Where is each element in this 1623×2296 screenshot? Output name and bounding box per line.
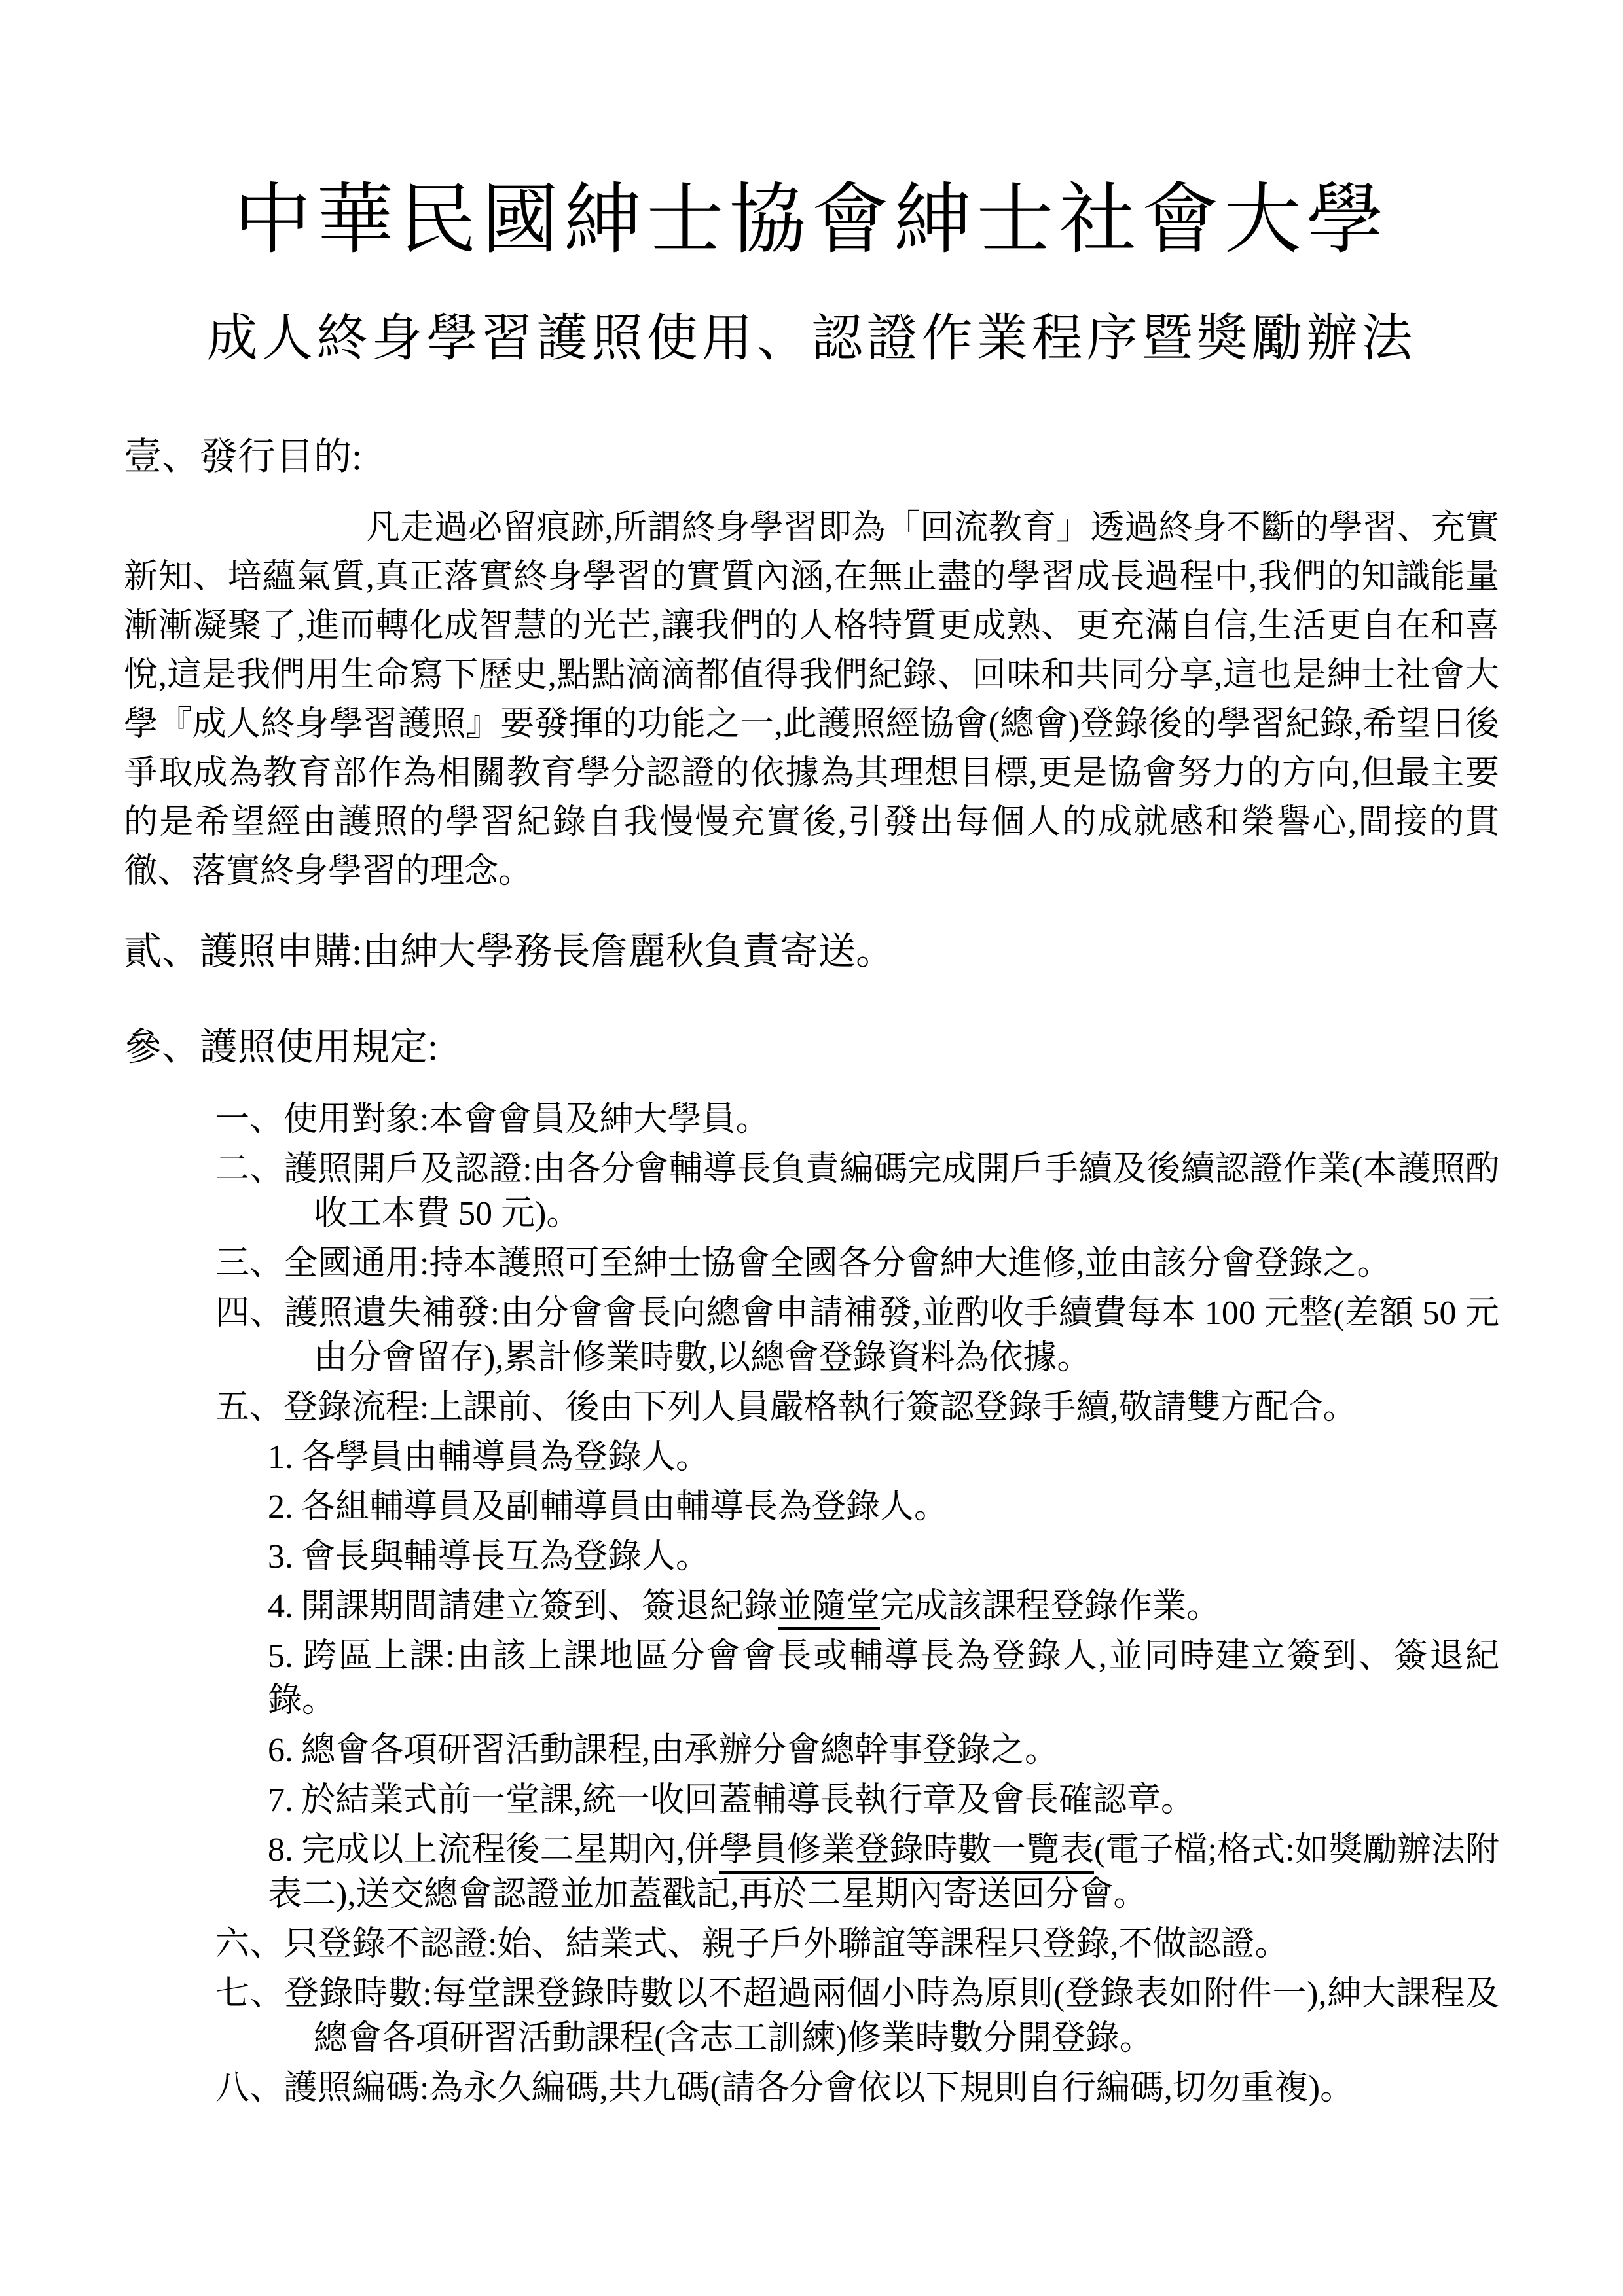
step-text: 開課期間請建立簽到、簽退紀錄 bbox=[301, 1588, 778, 1625]
underlined-text: 並隨堂 bbox=[778, 1588, 880, 1630]
step-text: 完成以上流程後二星期內,併 bbox=[301, 1831, 719, 1869]
step-item-3: 3.會長與輔導長互為登錄人。 bbox=[268, 1535, 1499, 1579]
rule-item-6: 六、只登錄不認證:始、結業式、親子戶外聯誼等課程只登錄,不做認證。 bbox=[215, 1922, 1499, 1967]
rule-item-7: 七、登錄時數:每堂課登錄時數以不超過兩個小時為原則(登錄表如附件一),紳大課程及… bbox=[215, 1972, 1499, 2061]
rule-text: 只登錄不認證:始、結業式、親子戶外聯誼等課程只登錄,不做認證。 bbox=[283, 1926, 1288, 1963]
rule-item-5: 五、登錄流程:上課前、後由下列人員嚴格執行簽認登錄手續,敬請雙方配合。 bbox=[215, 1386, 1499, 1430]
step-text: 會長與輔導長互為登錄人。 bbox=[301, 1538, 710, 1575]
registration-steps-list: 1.各學員由輔導員為登錄人。 2.各組輔導員及副輔導員由輔導長為登錄人。 3.會… bbox=[268, 1435, 1499, 1917]
rule-item-4: 四、護照遺失補發:由分會會長向總會申請補發,並酌收手續費每本 100 元整(差額… bbox=[215, 1291, 1499, 1380]
rule-text: 全國通用:持本護照可至紳士協會全國各分會紳大進修,並由該分會登錄之。 bbox=[283, 1245, 1391, 1282]
step-text: 於結業式前一堂課,統一收回蓋輔導長執行章及會長確認章。 bbox=[301, 1782, 1195, 1819]
rule-text: 登錄流程:上課前、後由下列人員嚴格執行簽認登錄手續,敬請雙方配合。 bbox=[283, 1389, 1357, 1426]
rule-text: 護照遺失補發:由分會會長向總會申請補發,並酌收手續費每本 100 元整(差額 5… bbox=[284, 1295, 1499, 1376]
purpose-paragraph: 凡走過必留痕跡,所謂終身學習即為「回流教育」透過終身不斷的學習、充實新知、培蘊氣… bbox=[124, 503, 1499, 896]
step-marker: 6. bbox=[268, 1732, 293, 1769]
step-item-8: 8.完成以上流程後二星期內,併學員修業登錄時數一覽表(電子檔;格式:如獎勵辦法附… bbox=[268, 1828, 1499, 1917]
step-text: 各組輔導員及副輔導員由輔導長為登錄人。 bbox=[301, 1488, 948, 1526]
step-marker: 7. bbox=[268, 1782, 293, 1819]
rule-marker: 五、 bbox=[215, 1389, 283, 1426]
rule-item-2: 二、護照開戶及認證:由各分會輔導長負責編碼完成開戶手續及後續認證作業(本護照酌收… bbox=[215, 1147, 1499, 1236]
document-page: 中華民國紳士協會紳士社會大學 成人終身學習護照使用、認證作業程序暨獎勵辦法 壹、… bbox=[0, 0, 1623, 2296]
underlined-text: 學員修業登錄時數一覽表 bbox=[719, 1831, 1094, 1874]
rule-text: 使用對象:本會會員及紳大學員。 bbox=[283, 1101, 769, 1138]
step-item-5: 5.跨區上課:由該上課地區分會會長或輔導長為登錄人,並同時建立簽到、簽退紀錄。 bbox=[268, 1634, 1499, 1723]
step-text: 各學員由輔導員為登錄人。 bbox=[301, 1439, 710, 1476]
rules-list: 一、使用對象:本會會員及紳大學員。 二、護照開戶及認證:由各分會輔導長負責編碼完… bbox=[215, 1098, 1499, 2111]
step-marker: 1. bbox=[268, 1439, 293, 1476]
step-marker: 3. bbox=[268, 1538, 293, 1575]
step-text: 總會各項研習活動課程,由承辦分會總幹事登錄之。 bbox=[301, 1732, 1059, 1769]
rule-item-8: 八、護照編碼:為永久編碼,共九碼(請各分會依以下規則自行編碼,切勿重複)。 bbox=[215, 2066, 1499, 2111]
step-marker: 8. bbox=[268, 1831, 293, 1869]
rule-text: 登錄時數:每堂課登錄時數以不超過兩個小時為原則(登錄表如附件一),紳大課程及總會… bbox=[284, 1975, 1499, 2057]
step-marker: 2. bbox=[268, 1488, 293, 1526]
rule-marker: 三、 bbox=[215, 1245, 283, 1282]
step-text: 跨區上課:由該上課地區分會會長或輔導長為登錄人,並同時建立簽到、簽退紀錄。 bbox=[268, 1638, 1499, 1719]
step-item-4: 4.開課期間請建立簽到、簽退紀錄並隨堂完成該課程登錄作業。 bbox=[268, 1585, 1499, 1629]
step-item-2: 2.各組輔導員及副輔導員由輔導長為登錄人。 bbox=[268, 1485, 1499, 1530]
step-item-6: 6.總會各項研習活動課程,由承辦分會總幹事登錄之。 bbox=[268, 1729, 1499, 1773]
step-marker: 5. bbox=[268, 1638, 293, 1675]
rule-marker: 七、 bbox=[215, 1975, 284, 2013]
section-purpose-heading: 壹、發行目的: bbox=[124, 431, 1499, 482]
rule-marker: 二、 bbox=[215, 1151, 283, 1188]
rule-marker: 一、 bbox=[215, 1101, 283, 1138]
rule-text: 護照開戶及認證:由各分會輔導長負責編碼完成開戶手續及後續認證作業(本護照酌收工本… bbox=[283, 1151, 1499, 1232]
section-rules-heading: 參、護照使用規定: bbox=[124, 1022, 1499, 1073]
step-item-7: 7.於結業式前一堂課,統一收回蓋輔導長執行章及會長確認章。 bbox=[268, 1778, 1499, 1823]
section-purchase-heading: 貳、護照申購:由紳大學務長詹麗秋負責寄送。 bbox=[124, 926, 1499, 977]
rule-marker: 八、 bbox=[215, 2070, 283, 2107]
document-title: 中華民國紳士協會紳士社會大學 bbox=[124, 171, 1499, 270]
rule-text: 護照編碼:為永久編碼,共九碼(請各分會依以下規則自行編碼,切勿重複)。 bbox=[283, 2070, 1354, 2107]
step-text: 完成該課程登錄作業。 bbox=[880, 1588, 1220, 1625]
rule-item-1: 一、使用對象:本會會員及紳大學員。 bbox=[215, 1098, 1499, 1142]
rule-marker: 六、 bbox=[215, 1926, 283, 1963]
rule-item-3: 三、全國通用:持本護照可至紳士協會全國各分會紳大進修,並由該分會登錄之。 bbox=[215, 1242, 1499, 1286]
step-marker: 4. bbox=[268, 1588, 293, 1625]
rule-marker: 四、 bbox=[215, 1295, 284, 1332]
step-item-1: 1.各學員由輔導員為登錄人。 bbox=[268, 1435, 1499, 1480]
document-subtitle: 成人終身學習護照使用、認證作業程序暨獎勵辦法 bbox=[124, 306, 1499, 371]
